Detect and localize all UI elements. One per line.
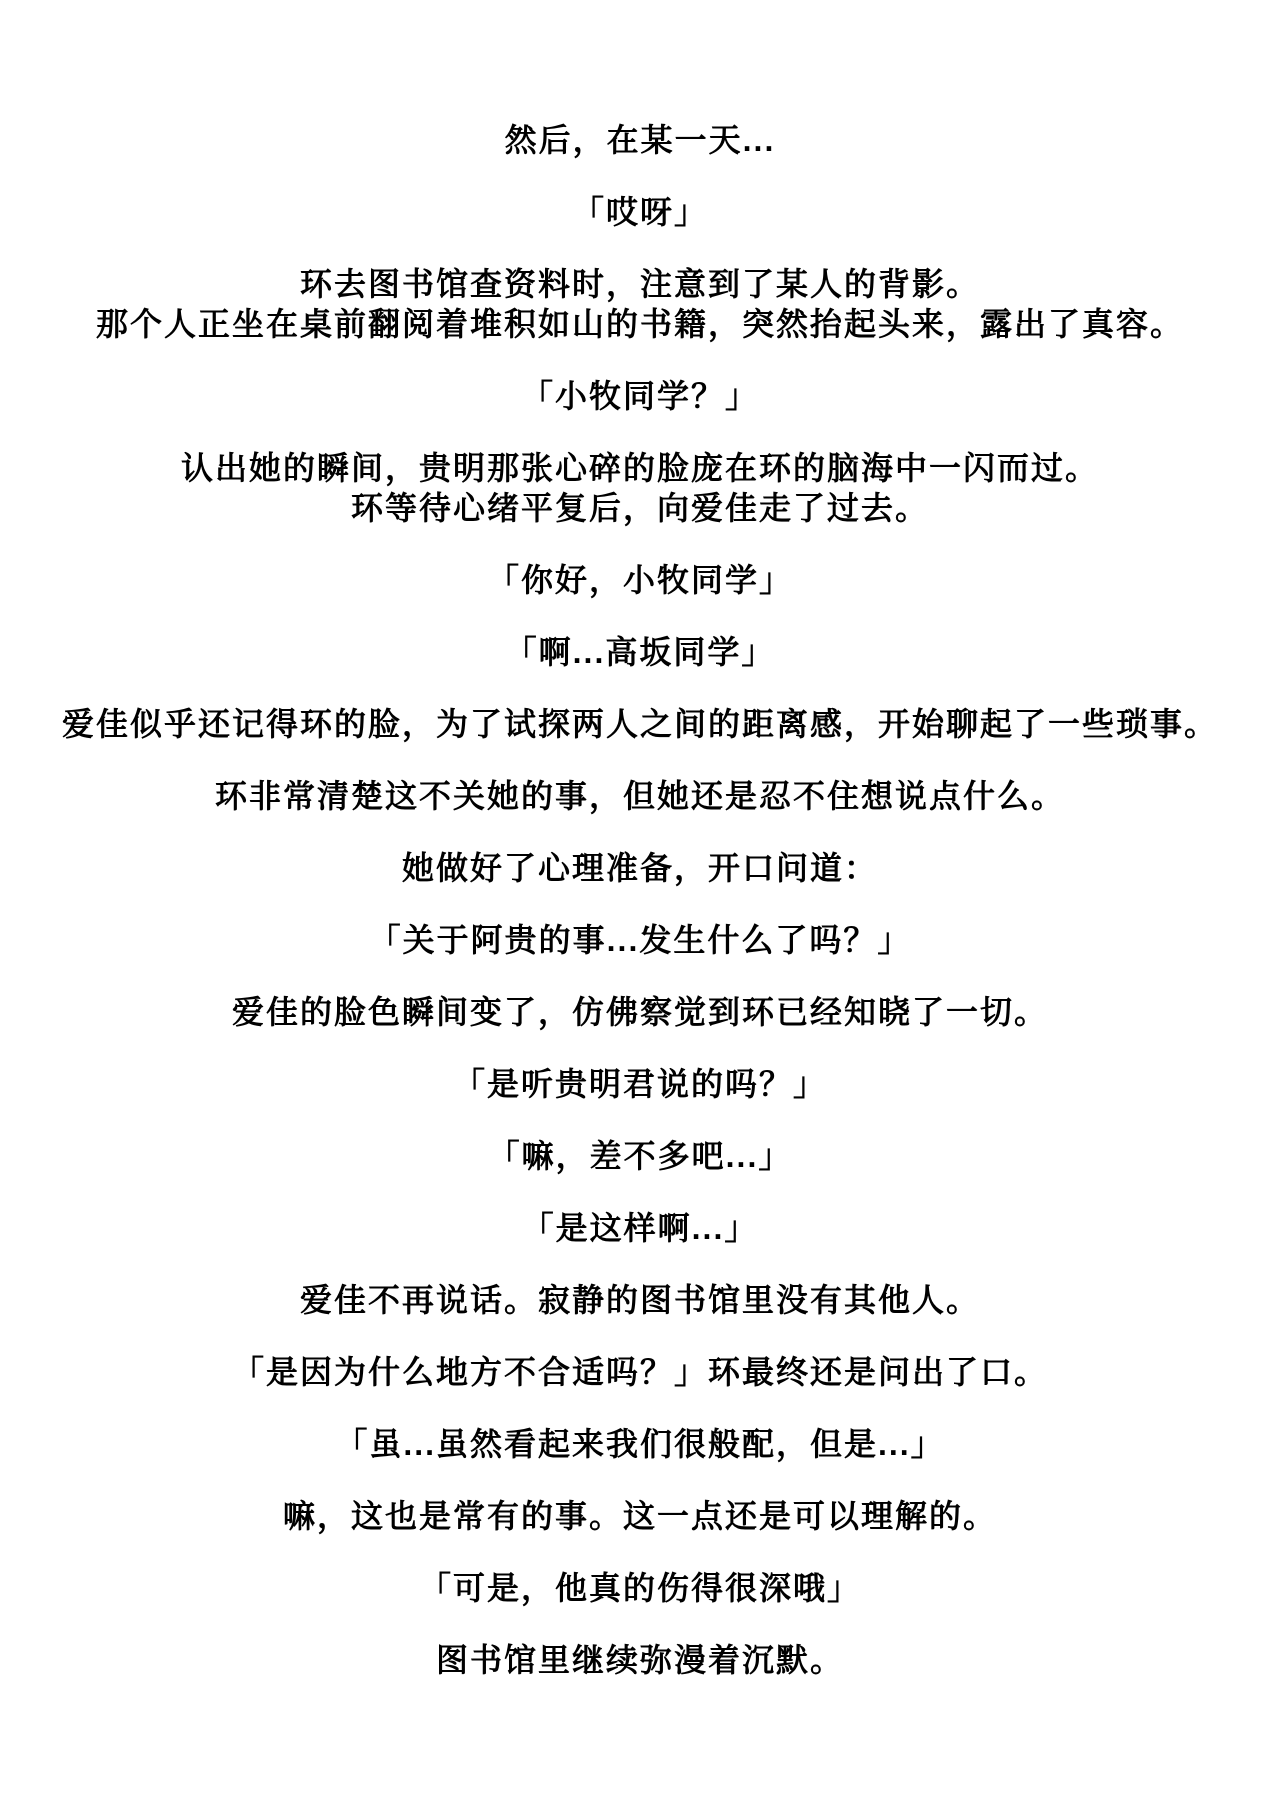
narration-line: 认出她的瞬间，贵明那张心碎的脸庞在环的脑海中一闪而过。 bbox=[0, 448, 1280, 488]
dialogue-block: 「虽...虽然看起来我们很般配，但是...」 bbox=[0, 1424, 1280, 1464]
narration-block: 嘛，这也是常有的事。这一点还是可以理解的。 bbox=[0, 1496, 1280, 1536]
narration-block: 爱佳不再说话。寂静的图书馆里没有其他人。 bbox=[0, 1280, 1280, 1320]
narration-line: 她做好了心理准备，开口问道： bbox=[0, 848, 1280, 888]
dialogue-line: 「可是，他真的伤得很深哦」 bbox=[0, 1568, 1280, 1608]
dialogue-narration-block: 「是因为什么地方不合适吗？」环最终还是问出了口。 bbox=[0, 1352, 1280, 1392]
dialogue-line: 「嘛，差不多吧...」 bbox=[0, 1136, 1280, 1176]
narration-block: 爱佳似乎还记得环的脸，为了试探两人之间的距离感，开始聊起了一些琐事。 bbox=[0, 704, 1280, 744]
dialogue-line: 「你好，小牧同学」 bbox=[0, 560, 1280, 600]
narration-line: 环去图书馆查资料时，注意到了某人的背影。 bbox=[0, 264, 1280, 304]
narration-line: 爱佳的脸色瞬间变了，仿佛察觉到环已经知晓了一切。 bbox=[0, 992, 1280, 1032]
narration-line: 图书馆里继续弥漫着沉默。 bbox=[0, 1640, 1280, 1680]
dialogue-line: 「关于阿贵的事...发生什么了吗？」 bbox=[0, 920, 1280, 960]
narration-line: 环等待心绪平复后，向爱佳走了过去。 bbox=[0, 488, 1280, 528]
dialogue-block: 「可是，他真的伤得很深哦」 bbox=[0, 1568, 1280, 1608]
dialogue-narration-line: 「是因为什么地方不合适吗？」环最终还是问出了口。 bbox=[0, 1352, 1280, 1392]
dialogue-block: 「关于阿贵的事...发生什么了吗？」 bbox=[0, 920, 1280, 960]
story-page: 然后，在某一天...「哎呀」环去图书馆查资料时，注意到了某人的背影。那个人正坐在… bbox=[0, 0, 1280, 1810]
dialogue-block: 「小牧同学？」 bbox=[0, 376, 1280, 416]
dialogue-block: 「嘛，差不多吧...」 bbox=[0, 1136, 1280, 1176]
narration-block: 她做好了心理准备，开口问道： bbox=[0, 848, 1280, 888]
narration-block: 然后，在某一天... bbox=[0, 120, 1280, 160]
dialogue-line: 「是听贵明君说的吗？」 bbox=[0, 1064, 1280, 1104]
dialogue-line: 「小牧同学？」 bbox=[0, 376, 1280, 416]
dialogue-line: 「啊...高坂同学」 bbox=[0, 632, 1280, 672]
dialogue-line: 「虽...虽然看起来我们很般配，但是...」 bbox=[0, 1424, 1280, 1464]
dialogue-line: 「是这样啊...」 bbox=[0, 1208, 1280, 1248]
narration-line: 那个人正坐在桌前翻阅着堆积如山的书籍，突然抬起头来，露出了真容。 bbox=[0, 304, 1280, 344]
narration-line: 爱佳不再说话。寂静的图书馆里没有其他人。 bbox=[0, 1280, 1280, 1320]
dialogue-block: 「是这样啊...」 bbox=[0, 1208, 1280, 1248]
narration-block: 认出她的瞬间，贵明那张心碎的脸庞在环的脑海中一闪而过。环等待心绪平复后，向爱佳走… bbox=[0, 448, 1280, 528]
narration-block: 环非常清楚这不关她的事，但她还是忍不住想说点什么。 bbox=[0, 776, 1280, 816]
dialogue-line: 「哎呀」 bbox=[0, 192, 1280, 232]
text-column: 然后，在某一天...「哎呀」环去图书馆查资料时，注意到了某人的背影。那个人正坐在… bbox=[0, 120, 1280, 1680]
narration-line: 环非常清楚这不关她的事，但她还是忍不住想说点什么。 bbox=[0, 776, 1280, 816]
dialogue-block: 「哎呀」 bbox=[0, 192, 1280, 232]
narration-block: 图书馆里继续弥漫着沉默。 bbox=[0, 1640, 1280, 1680]
narration-line: 嘛，这也是常有的事。这一点还是可以理解的。 bbox=[0, 1496, 1280, 1536]
dialogue-block: 「啊...高坂同学」 bbox=[0, 632, 1280, 672]
narration-block: 环去图书馆查资料时，注意到了某人的背影。那个人正坐在桌前翻阅着堆积如山的书籍，突… bbox=[0, 264, 1280, 344]
narration-line: 爱佳似乎还记得环的脸，为了试探两人之间的距离感，开始聊起了一些琐事。 bbox=[0, 704, 1280, 744]
dialogue-block: 「你好，小牧同学」 bbox=[0, 560, 1280, 600]
narration-block: 爱佳的脸色瞬间变了，仿佛察觉到环已经知晓了一切。 bbox=[0, 992, 1280, 1032]
dialogue-block: 「是听贵明君说的吗？」 bbox=[0, 1064, 1280, 1104]
narration-line: 然后，在某一天... bbox=[0, 120, 1280, 160]
